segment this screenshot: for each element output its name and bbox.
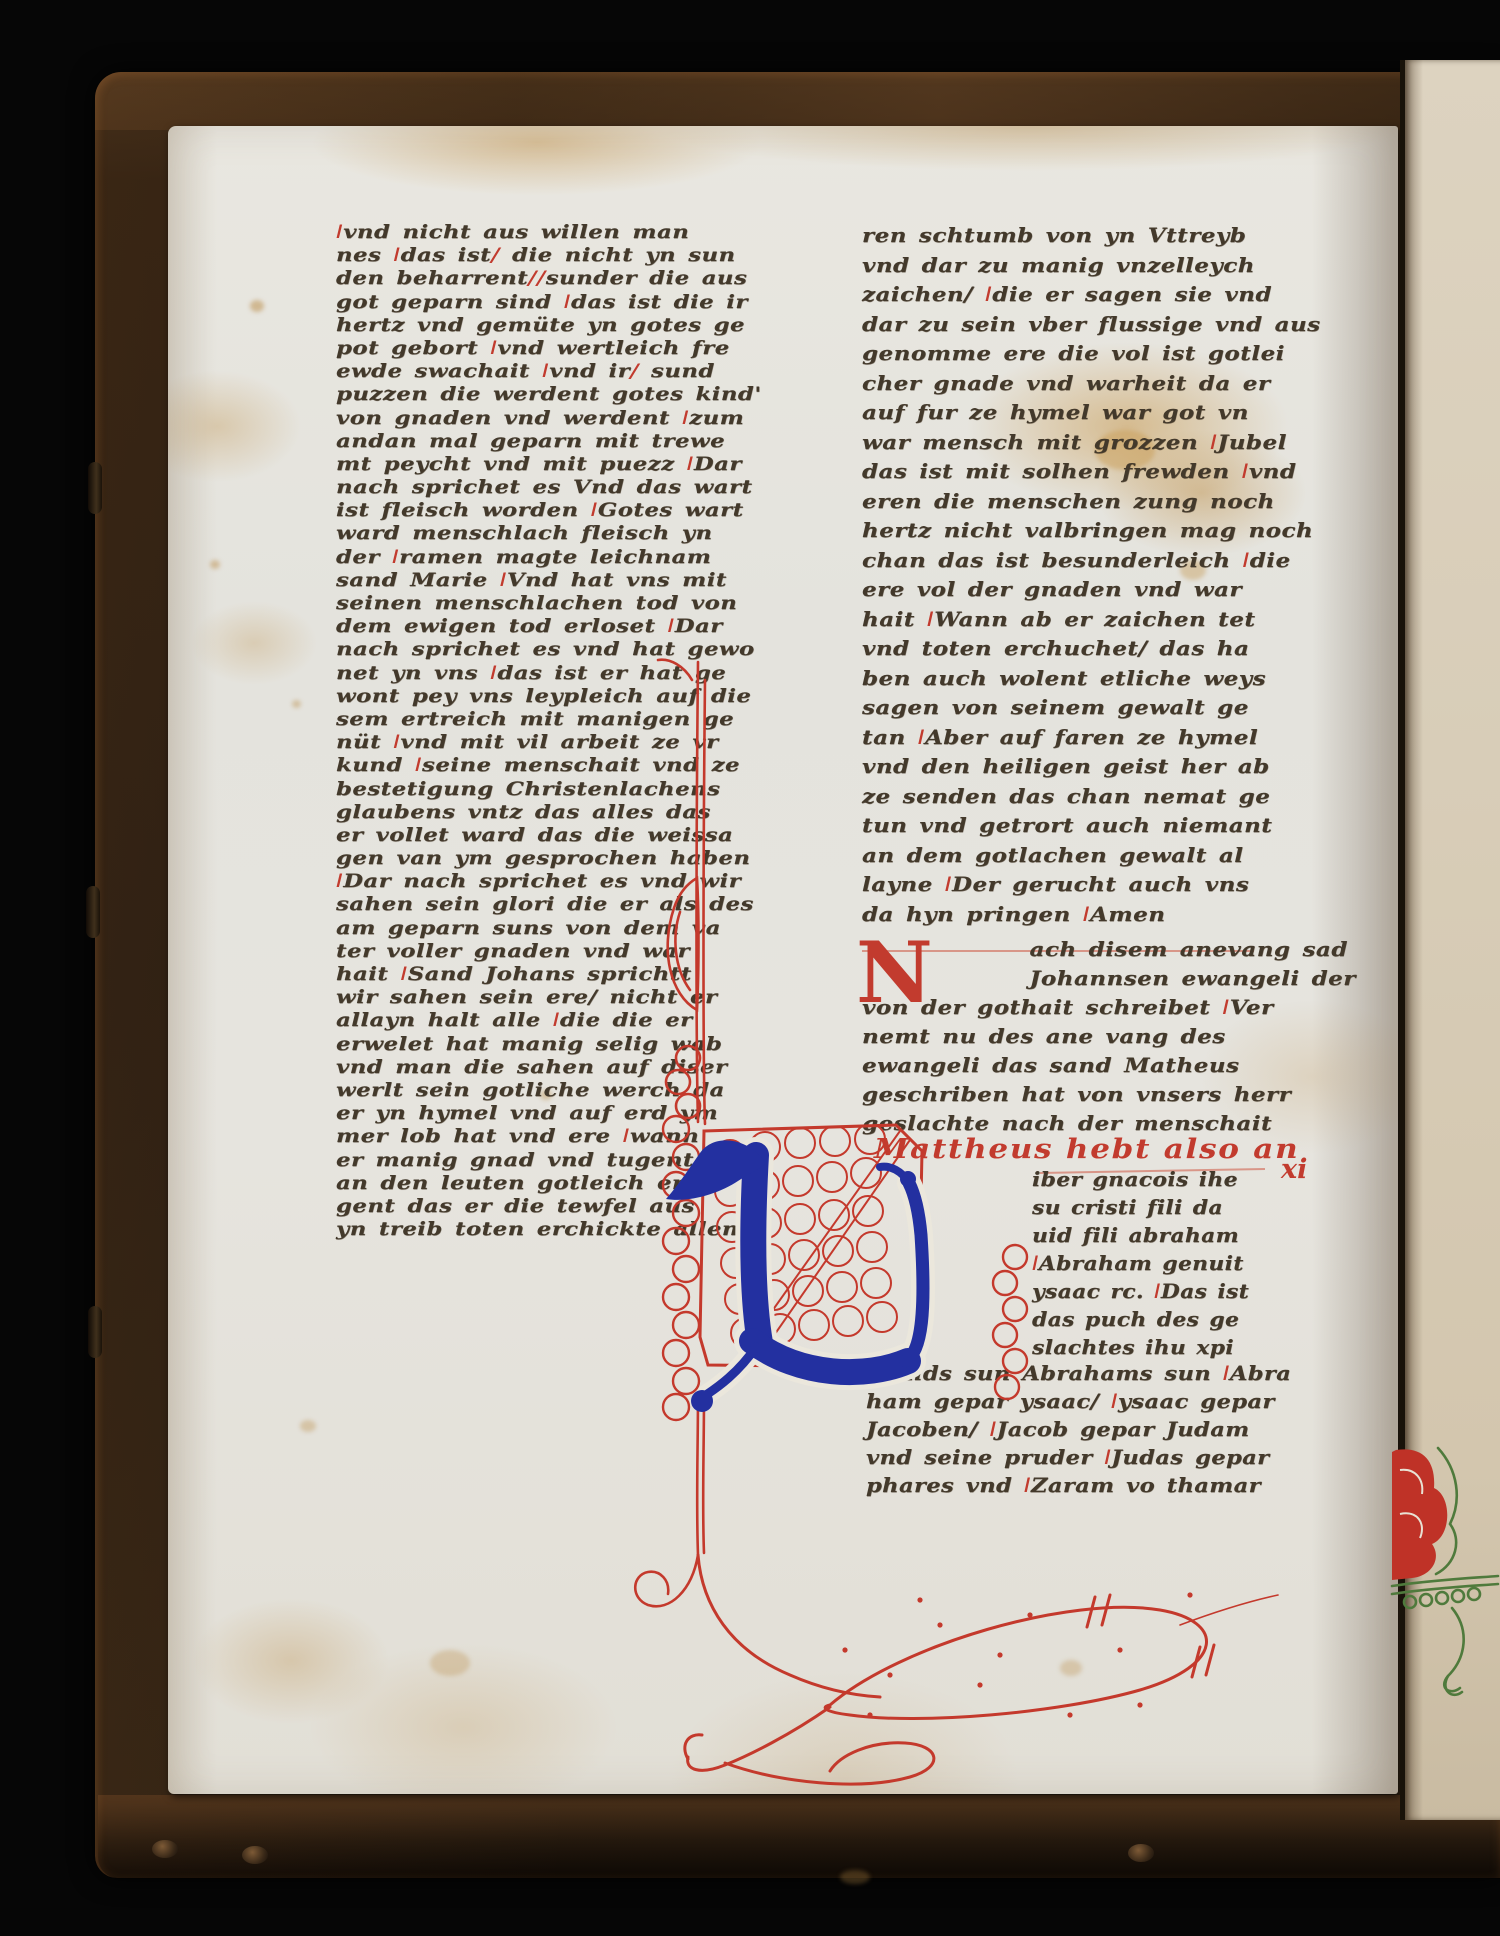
text-beside-initial: iber gnacois ihesu cristi fili dauid fil… — [1032, 1168, 1226, 1364]
parchment-stain — [840, 1870, 870, 1884]
manuscript-line: geschriben hat von vnsers herr — [862, 1083, 1356, 1112]
manuscript-line: tan ǀAber auf faren ze hymel — [862, 726, 1321, 756]
manuscript-line: eren die menschen zung noch — [862, 490, 1321, 520]
manuscript-line: hait ǀWann ab er zaichen tet — [862, 608, 1321, 638]
manuscript-line: ewde swachait ǀvnd ir/ sund — [336, 361, 762, 384]
binding-boss — [152, 1840, 178, 1858]
manuscript-line: ǀvnd nicht aus willen man — [336, 222, 762, 245]
manuscript-line: puzzen die werdent gotes kind' — [336, 384, 762, 407]
manuscript-line: ysaac rc. ǀDas ist — [1032, 1280, 1249, 1308]
manuscript-line: ewangeli das sand Matheus — [862, 1054, 1356, 1083]
manuscript-line: von der gothait schreibet ǀVer — [862, 996, 1356, 1025]
manuscript-line: uid fili abraham — [1032, 1224, 1249, 1252]
manuscript-line: Johannsen ewangeli der — [862, 967, 1356, 996]
manuscript-line: nach sprichet es Vnd das wart — [336, 477, 762, 500]
manuscript-line: auf fur ze hymel war got vn — [862, 401, 1321, 431]
manuscript-line: ist fleisch worden ǀGotes wart — [336, 500, 762, 523]
manuscript-line: ǀAbraham genuit — [1032, 1252, 1249, 1280]
manuscript-line: sagen von seinem gewalt ge — [862, 696, 1321, 726]
text-column-2-upper: ren schtumb von yn Vttreybvnd dar zu man… — [862, 224, 1251, 932]
manuscript-line: ren schtumb von yn Vttreyb — [862, 224, 1321, 254]
manuscript-line: layne ǀDer gerucht auch vns — [862, 873, 1321, 903]
manuscript-line: mt peycht vnd mit puezz ǀDar — [336, 454, 762, 477]
manuscript-photo: { "meta": { "description": "Photograph o… — [0, 0, 1500, 1936]
manuscript-line: ere vol der gnaden vnd war — [862, 578, 1321, 608]
manuscript-line: vnd dar zu manig vnzelleych — [862, 254, 1321, 284]
manuscript-line: got geparn sind ǀdas ist die ir — [336, 292, 762, 315]
manuscript-line: genomme ere die vol ist gotlei — [862, 342, 1321, 372]
margin-chapter-number: xi — [1281, 1154, 1307, 1185]
binding-clasp — [88, 1306, 102, 1358]
manuscript-line: ward menschlach fleisch yn — [336, 523, 762, 546]
parchment-stain — [210, 560, 220, 569]
manuscript-line: von gnaden vnd werdent ǀzum — [336, 408, 762, 431]
manuscript-line: dem ewigen tod erloset ǀDar — [336, 616, 762, 639]
parchment-stain — [292, 700, 301, 708]
manuscript-line: phares vnd ǀZaram vo thamar — [866, 1474, 1291, 1502]
manuscript-line: andan mal geparn mit trewe — [336, 431, 762, 454]
manuscript-line: das puch des ge — [1032, 1308, 1249, 1336]
manuscript-line: vnd den heiligen geist her ab — [862, 755, 1321, 785]
manuscript-line: nemt nu des ane vang des — [862, 1025, 1356, 1054]
manuscript-line: vnd seine pruder ǀJudas gepar — [866, 1446, 1291, 1474]
manuscript-line: an dem gotlachen gewalt al — [862, 844, 1321, 874]
manuscript-line: war mensch mit grozzen ǀJubel — [862, 431, 1321, 461]
binding-top-edge — [95, 72, 1500, 130]
manuscript-line: sand Marie ǀVnd hat vns mit — [336, 570, 762, 593]
manuscript-line: tun vnd getrort auch niemant — [862, 814, 1321, 844]
parchment-stain — [430, 1650, 470, 1676]
manuscript-line: der ǀramen magte leichnam — [336, 547, 762, 570]
manuscript-line: das ist mit solhen frewden ǀvnd — [862, 460, 1321, 490]
binding-boss — [1128, 1844, 1154, 1862]
manuscript-line: vnd toten erchuchet/ das ha — [862, 637, 1321, 667]
binding-clasp — [88, 462, 102, 514]
text-column-2-paragraph: ach disem anevang sadJohannsen ewangeli … — [862, 938, 1281, 1141]
manuscript-line: su cristi fili da — [1032, 1196, 1249, 1224]
manuscript-line: zaichen/ ǀdie er sagen sie vnd — [862, 283, 1321, 313]
manuscript-line: hertz nicht valbringen mag noch — [862, 519, 1321, 549]
blue-initial-letter-value: L — [0, 0, 1, 1]
manuscript-line: pot gebort ǀvnd wertleich fre — [336, 338, 762, 361]
parchment-stain — [250, 300, 264, 312]
illuminated-initial-L — [660, 1115, 1040, 1415]
binding-boss — [242, 1846, 268, 1864]
manuscript-line: den beharrent//sunder die aus — [336, 268, 762, 291]
manuscript-line: iber gnacois ihe — [1032, 1168, 1249, 1196]
parchment-stain — [300, 1420, 316, 1432]
manuscript-line: hertz vnd gemüte yn gotes ge — [336, 315, 762, 338]
manuscript-line: dar zu sein vber flussige vnd aus — [862, 313, 1321, 343]
manuscript-line: cher gnade vnd warheit da er — [862, 372, 1321, 402]
manuscript-line: chan das ist besunderleich ǀdie — [862, 549, 1321, 579]
manuscript-line: slachtes ihu xpi — [1032, 1336, 1249, 1364]
red-penwork-flourish-bottom — [640, 1555, 1280, 1795]
binding-clasp — [86, 886, 100, 938]
manuscript-line: seinen menschlachen tod von — [336, 593, 762, 616]
manuscript-line: ze senden das chan nemat ge — [862, 785, 1321, 815]
right-folio-initial-decoration — [1392, 1440, 1500, 1700]
manuscript-line: ach disem anevang sad — [862, 938, 1356, 967]
manuscript-line: nes ǀdas ist/ die nicht yn sun — [336, 245, 762, 268]
manuscript-line: ben auch wolent etliche weys — [862, 667, 1321, 697]
manuscript-line: Jacoben/ ǀJacob gepar Judam — [866, 1418, 1291, 1446]
